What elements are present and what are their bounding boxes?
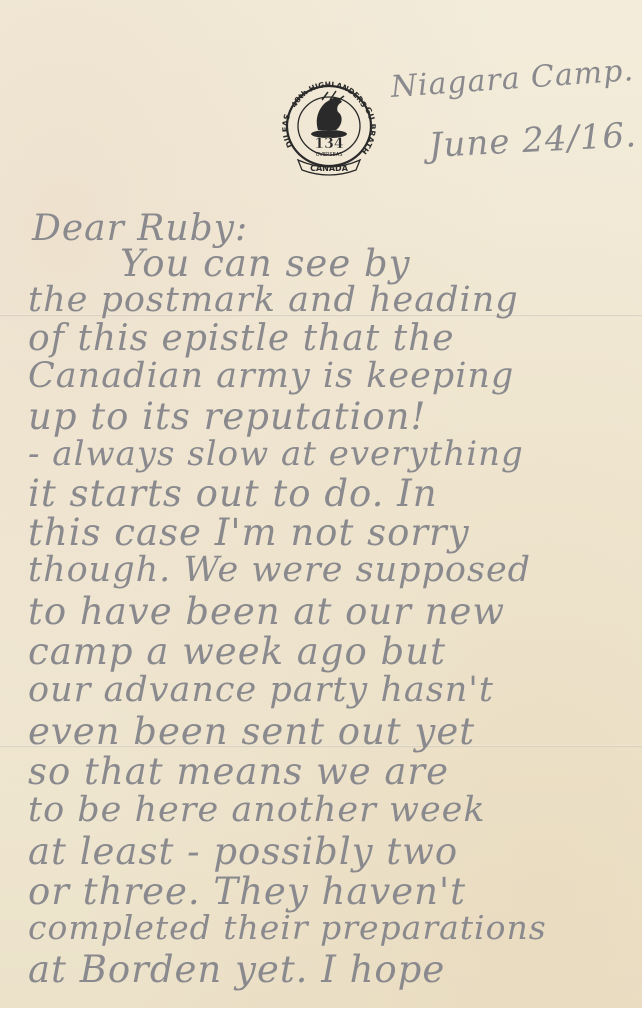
body-line: though. We were supposed [28, 550, 531, 590]
svg-text:OVERSEAS: OVERSEAS [316, 152, 343, 158]
body-line: our advance party hasn't [28, 670, 494, 710]
body-line: of this epistle that the [28, 318, 455, 359]
body-line: the postmark and heading [28, 280, 519, 320]
letter-date: June 24/16. [428, 115, 638, 166]
body-line: or three. They haven't [28, 870, 466, 913]
letter-place: Niagara Camp. [390, 53, 635, 105]
svg-text:GU BRATH: GU BRATH [359, 105, 377, 155]
body-line: You can see by [120, 242, 411, 285]
body-line: at least - possibly two [28, 830, 458, 873]
body-line: this case I'm not sorry [28, 511, 470, 554]
body-line: camp a week ago but [28, 630, 446, 673]
svg-text:DILEAS: DILEAS [281, 113, 295, 149]
body-line: to have been at our new [28, 590, 505, 633]
body-line: even been sent out yet [28, 710, 475, 753]
regimental-crest-icon: 48th HIGHLANDERS DILEAS GU BRATH 134 OVE… [278, 78, 380, 176]
body-line: so that means we are [28, 750, 449, 793]
body-line: - always slow at everything [28, 434, 524, 474]
letter-page: 48th HIGHLANDERS DILEAS GU BRATH 134 OVE… [0, 0, 642, 1008]
body-line: completed their preparations [28, 908, 547, 947]
body-line: Canadian army is keeping [28, 356, 514, 396]
body-line: up to its reputation! [28, 395, 426, 438]
body-line: to be here another week [28, 790, 486, 830]
svg-text:134: 134 [314, 136, 343, 152]
svg-text:CANADA: CANADA [310, 164, 349, 173]
body-line: it starts out to do. In [28, 472, 438, 515]
body-line: at Borden yet. I hope [28, 948, 445, 991]
